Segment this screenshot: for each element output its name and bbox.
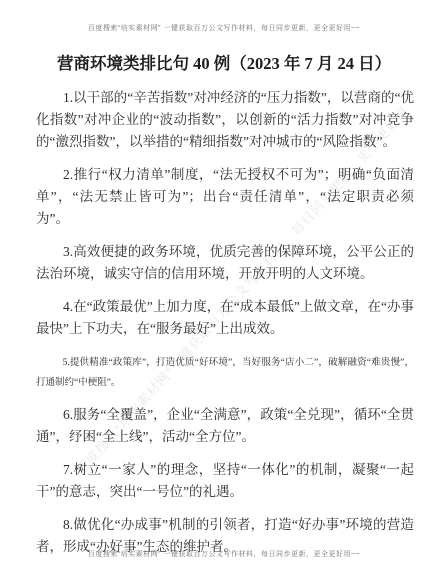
document-page: 百度搜索“培实素材网”一键获取百万公文写作材料，每日同步更新，更全更好用 百度搜…	[0, 0, 448, 580]
paragraph: 4.在“政策最优”上加力度，在“成本最低”上做文章，在“办事最快”上下功夫，在“…	[36, 296, 414, 340]
paragraph: 7.树立“一家人”的理念，坚持“一体化”的机制，凝聚“一起干”的意志，突出“一号…	[36, 459, 414, 503]
document-body: 1.以干部的“辛苦指数”对冲经济的“压力指数”，以营商的“优化指数”对冲企业的“…	[36, 76, 414, 558]
paragraph: 3.高效便捷的政务环境，优质完善的保障环境，公平公正的法治环境，诚实守信的信用环…	[36, 241, 414, 285]
page-title: 营商环境类排比句 40 例（2023 年 7 月 24 日）	[0, 50, 448, 74]
paragraph: 2.推行“权力清单”制度，“法无授权不可为”；明确“负面清单”，“法无禁止皆可为…	[36, 164, 414, 230]
header-promo-note: 百度搜索“培实素材网” 一键获取百万公文写作材料，每日同步更新，更全更好用~~	[0, 23, 448, 33]
paragraph: 1.以干部的“辛苦指数”对冲经济的“压力指数”，以营商的“优化指数”对冲企业的“…	[36, 87, 414, 153]
paragraph: 6.服务“全覆盖”，企业“全满意”，政策“全兑现”，循环“全贯通”，纾困“全上线…	[36, 404, 414, 448]
footer-promo-note: 百度搜索“培实素材网” 一键获取百万公文写作材料，每日同步更新，更全更好用~~	[0, 549, 448, 559]
paragraph: 5.提供精准“政策库”，打造优质“好环境”，当好服务“店小二”，破解融资“难贵慢…	[36, 353, 414, 393]
